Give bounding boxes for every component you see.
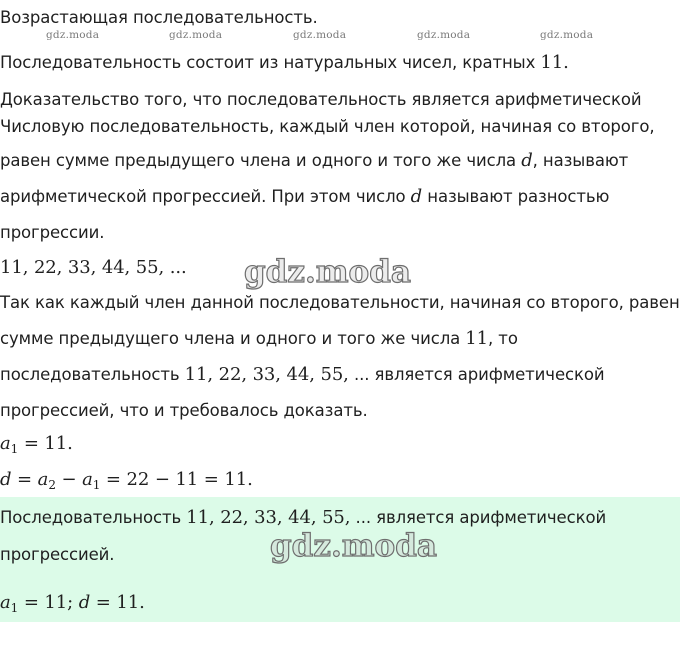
watermark-large: gdz.moda xyxy=(244,254,411,290)
page-title: Возрастающая последовательность. xyxy=(0,8,318,28)
proof-text: сумме предыдущего члена и одного и того … xyxy=(0,329,465,348)
answer-text: Последовательность xyxy=(0,508,186,527)
difference-line: d = a2 − a1 = 22 − 11 = 11. xyxy=(0,470,253,490)
math-variable: d xyxy=(411,186,422,207)
proof-line-2: сумме предыдущего члена и одного и того … xyxy=(0,329,518,349)
math-expression: = 11. xyxy=(96,592,145,613)
math-sequence: 11, 22, 33, 44, 55, xyxy=(186,507,350,528)
math-variable: d xyxy=(521,150,532,171)
definition-line-3: арифметической прогрессией. При этом чис… xyxy=(0,187,609,207)
answer-line-1: Последовательность 11, 22, 33, 44, 55, .… xyxy=(0,508,606,528)
proof-line-4: прогрессией, что и требовалось доказать. xyxy=(0,401,368,421)
proof-heading: Доказательство того, что последовательно… xyxy=(0,90,641,110)
watermark-small: gdz.moda xyxy=(46,29,99,41)
answer-line-2: прогрессией. xyxy=(0,545,114,565)
definition-text: , называют xyxy=(533,151,629,170)
proof-line-3: последовательность 11, 22, 33, 44, 55, .… xyxy=(0,365,604,385)
definition-line-2: равен сумме предыдущего члена и одного и… xyxy=(0,151,628,171)
solution-page: Возрастающая последовательность. gdz.mod… xyxy=(0,0,680,657)
proof-text: ... является арифметической xyxy=(349,365,605,384)
sequence-line: 11, 22, 33, 44, 55, ... xyxy=(0,258,187,278)
math-sequence: 11, 22, 33, 44, 55, xyxy=(185,364,349,385)
math-expression: = 11; xyxy=(24,592,79,613)
definition-text: арифметической прогрессией. При этом чис… xyxy=(0,187,411,206)
statement-text: Последовательность состоит из натуральны… xyxy=(0,53,540,72)
definition-line-4: прогрессии. xyxy=(0,223,104,243)
definition-line-1: Числовую последовательность, каждый член… xyxy=(0,117,655,137)
math-expression: = 11. xyxy=(24,433,73,454)
math-number: 11 xyxy=(465,328,488,349)
statement-line: Последовательность состоит из натуральны… xyxy=(0,53,569,73)
proof-text: последовательность xyxy=(0,365,185,384)
watermark-small: gdz.moda xyxy=(417,29,470,41)
watermark-small: gdz.moda xyxy=(540,29,593,41)
math-expression: = 22 − 11 = 11. xyxy=(106,469,253,490)
proof-text: , то xyxy=(488,329,518,348)
definition-text: называют разностью xyxy=(422,187,609,206)
watermark-small: gdz.moda xyxy=(293,29,346,41)
answer-text: ... является арифметической xyxy=(350,508,606,527)
answer-line-3: a1 = 11; d = 11. xyxy=(0,593,145,613)
watermark-small: gdz.moda xyxy=(169,29,222,41)
first-term-line: a1 = 11. xyxy=(0,434,73,454)
proof-line-1: Так как каждый член данной последователь… xyxy=(0,293,680,313)
definition-text: равен сумме предыдущего члена и одного и… xyxy=(0,151,521,170)
math-number: 11. xyxy=(540,52,568,73)
